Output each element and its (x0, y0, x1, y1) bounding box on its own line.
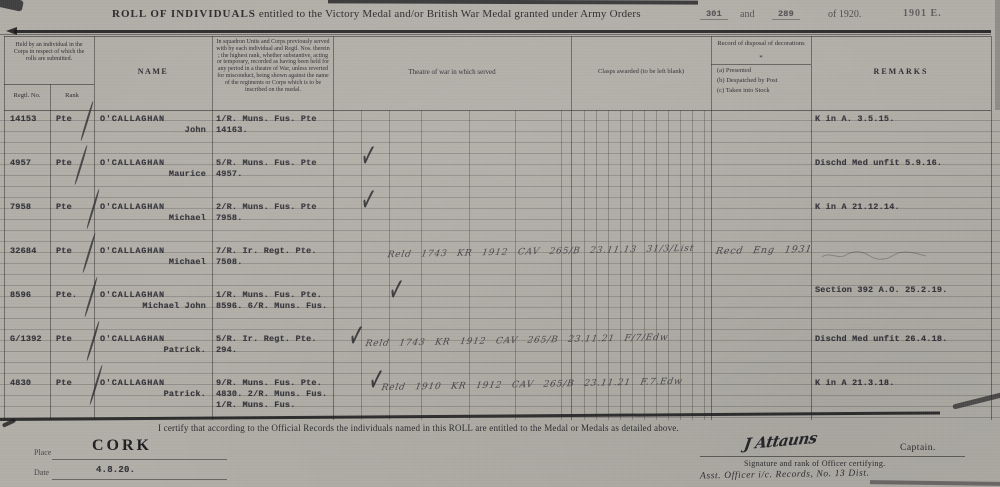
regtl-no: 14153 (10, 114, 37, 124)
roll-row-7: 4830 Pte O'CALLAGHAN Patrick. 9/R. Muns.… (0, 376, 1000, 420)
regtl-no: 32684 (10, 246, 37, 256)
handwritten-disposal-note: Recd Eng 1931 (715, 244, 813, 257)
header-disposal-c: (c) Taken into Stock (717, 88, 809, 95)
unit-line-2: 8596. 6/R. Muns. Fus. (216, 301, 327, 311)
rank: Pte (56, 378, 72, 388)
page-title: ROLL OF INDIVIDUALS entitled to the Vict… (112, 8, 641, 20)
regtl-no: G/1392 (10, 334, 42, 344)
unit-line-1: 2/R. Muns. Fus. Pte (216, 202, 317, 212)
date-label: Date (34, 468, 49, 477)
faint-handwriting-squiggle (820, 248, 930, 262)
regtl-no: 4830 (10, 378, 31, 388)
forename: Michael John (100, 301, 206, 311)
remark: K in A 21.12.14. (815, 202, 900, 212)
forename: Patrick. (100, 389, 206, 399)
header-disposal-a: (a) Presented (717, 68, 809, 75)
unit-line-1: 5/R. Ir. Regt. Pte. (216, 334, 317, 344)
unit-line-3: 1/R. Muns. Fus. (216, 400, 296, 410)
handwritten-note: Reld 1743 KR 1912 CAV 265/B 23.11.13 31/… (387, 244, 695, 260)
header-held-by: Held by an individual in the Corps in re… (8, 42, 90, 62)
surname: O'CALLAGHAN (100, 158, 165, 168)
tick-mark-icon: ✓ (360, 182, 378, 221)
header-disposal-b: (b) Despatched by Post (717, 78, 809, 85)
place-value: CORK (92, 437, 152, 455)
rank: Pte (56, 114, 72, 124)
place-label: Place (34, 448, 51, 457)
medal-roll-document: ROLL OF INDIVIDUALS entitled to the Vict… (0, 0, 1000, 487)
roll-row-4: 32684 Pte O'CALLAGHAN Michael 7/R. Ir. R… (0, 244, 1000, 288)
surname: O'CALLAGHAN (100, 114, 165, 124)
surname: O'CALLAGHAN (100, 202, 165, 212)
unit-line-2: 4957. (216, 169, 243, 179)
header-regtl-no: Regtl. No. (6, 93, 48, 100)
unit-line-2: 7958. (216, 213, 243, 223)
roll-row-2: 4957 Pte O'CALLAGHAN Maurice 5/R. Muns. … (0, 156, 1000, 200)
tick-mark-icon: ✓ (348, 318, 366, 357)
form-reference: 1901 E. (903, 8, 942, 19)
records-office-line: Asst. Officer i/c. Records, No. 13 Dist. (700, 469, 870, 482)
forename: Michael (100, 257, 206, 267)
rank: Pte (56, 202, 72, 212)
remark: Dischd Med unfit 5.9.16. (815, 158, 942, 168)
captain-rank: Captain. (900, 443, 936, 453)
army-order-year: of 1920. (828, 9, 861, 20)
surname: O'CALLAGHAN (100, 334, 165, 344)
header-theatre-of-war: Theatre of war in which served (333, 69, 571, 76)
unit-line-2: 4830. 2/R. Muns. Fus. (216, 389, 327, 399)
certification-text: I certify that according to the Official… (158, 423, 679, 433)
army-order-number-1: 301 (700, 9, 728, 20)
roll-row-3: 7958 Pte O'CALLAGHAN Michael 2/R. Muns. … (0, 200, 1000, 244)
remark: Section 392 A.O. 25.2.19. (815, 285, 948, 295)
unit-line-1: 9/R. Muns. Fus. Pte. (216, 378, 322, 388)
tick-mark-icon: ✓ (388, 272, 406, 311)
remark: Dischd Med unfit 26.4.18. (815, 334, 948, 344)
unit-line-2: 14163. (216, 125, 248, 135)
rank: Pte (56, 334, 72, 344)
forename: Maurice (100, 169, 206, 179)
unit-line-1: 1/R. Muns. Fus. Pte (216, 114, 317, 124)
header-disposal-title: Record of disposal of decorations (715, 41, 807, 48)
handwritten-note: Reld 1910 KR 1912 CAV 265/B 23.11.21 F.7… (381, 377, 684, 393)
header-disposal-star: * (715, 55, 807, 62)
army-order-and: and (740, 9, 754, 20)
certifying-officer-signature: J Attauns (743, 429, 819, 454)
date-value: 4.8.20. (96, 465, 135, 475)
header-rank: Rank (52, 93, 92, 100)
page-title-bold: ROLL OF INDIVIDUALS (112, 8, 256, 20)
pen-stroke (80, 101, 94, 142)
header-name: NAME (94, 69, 212, 76)
page-title-rest: entitled to the Victory Medal and/or Bri… (259, 8, 641, 20)
unit-line-1: 5/R. Muns. Fus. Pte (216, 158, 317, 168)
header-remarks: REMARKS (811, 69, 991, 76)
regtl-no: 4957 (10, 158, 31, 168)
regtl-no: 8596 (10, 290, 31, 300)
regtl-no: 7958 (10, 202, 31, 212)
surname: O'CALLAGHAN (100, 290, 165, 300)
remark: K in A 21.3.18. (815, 378, 895, 388)
header-previous-units: In squadron Units and Corps previously s… (215, 39, 331, 93)
forename: Michael (100, 213, 206, 223)
roll-row-6: G/1392 Pte O'CALLAGHAN Patrick. 5/R. Ir.… (0, 332, 1000, 376)
rank: Pte. (56, 290, 77, 300)
signature-caption: Signature and rank of Officer certifying… (744, 459, 885, 468)
forename: John (100, 125, 206, 135)
surname: O'CALLAGHAN (100, 378, 165, 388)
surname: O'CALLAGHAN (100, 246, 165, 256)
army-order-number-2: 289 (772, 9, 800, 20)
unit-line-2: 7508. (216, 257, 243, 267)
rank: Pte (56, 158, 72, 168)
unit-line-1: 7/R. Ir. Regt. Pte. (216, 246, 317, 256)
unit-line-2: 294. (216, 345, 237, 355)
rank: Pte (56, 246, 72, 256)
roll-row-1: 14153 Pte O'CALLAGHAN John 1/R. Muns. Fu… (0, 112, 1000, 156)
remark: K in A. 3.5.15. (815, 114, 895, 124)
tick-mark-icon: ✓ (368, 362, 386, 401)
forename: Patrick. (100, 345, 206, 355)
unit-line-1: 1/R. Muns. Fus. Pte. (216, 290, 322, 300)
roll-row-5: 8596 Pte. O'CALLAGHAN Michael John 1/R. … (0, 288, 1000, 332)
handwritten-note: Reld 1743 KR 1912 CAV 265/B 23.11.21 F/7… (365, 333, 669, 349)
header-clasps: Clasps awarded (to be left blank) (571, 69, 711, 76)
tick-mark-icon: ✓ (360, 138, 378, 177)
